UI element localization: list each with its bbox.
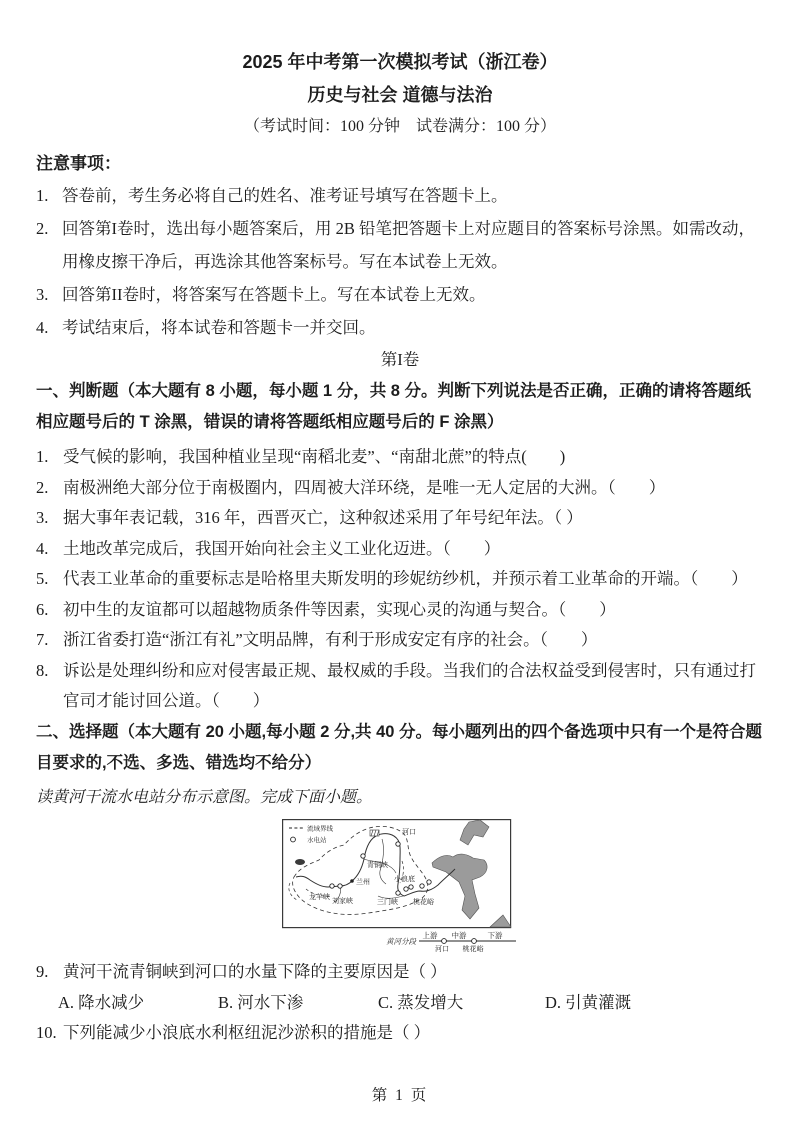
question-number: 9.	[36, 957, 63, 988]
option-c: C. 蒸发增大	[378, 987, 545, 1018]
exam-paper-page: 2025 年中考第一次模拟考试（浙江卷） 历史与社会 道德与法治 （考试时间：1…	[0, 0, 800, 1131]
question-text: 南极洲绝大部分位于南极圈内，四周被大洋环绕，是唯一无人定居的大洲。（ ）	[63, 473, 764, 504]
notice-item: 4. 考试结束后，将本试卷和答题卡一并交回。	[36, 311, 764, 344]
judgement-question-2: 2. 南极洲绝大部分位于南极圈内，四周被大洋环绕，是唯一无人定居的大洲。（ ）	[36, 473, 764, 504]
option-b: B. 河水下渗	[218, 987, 378, 1018]
segment-upper-label: 上游	[423, 930, 438, 940]
question-number: 7.	[36, 625, 63, 656]
option-a: A. 降水减少	[58, 987, 218, 1018]
item-number: 3.	[36, 278, 62, 311]
question-text: 据大事年表记载，316 年，西晋灭亡，这种叙述采用了年号纪年法。（ ）	[63, 503, 764, 534]
question-text: 土地改革完成后，我国开始向社会主义工业化迈进。（ ）	[63, 534, 764, 565]
choice-section-heading: 二、选择题（本大题有 20 小题,每小题 2 分,共 40 分。每小题列出的四个…	[36, 717, 764, 779]
passage-intro: 读黄河干流水电站分布示意图。完成下面小题。	[36, 783, 764, 813]
question-number: 1.	[36, 442, 63, 473]
judgement-question-3: 3. 据大事年表记载，316 年，西晋灭亡，这种叙述采用了年号纪年法。（ ）	[36, 503, 764, 534]
xiaolangdi-label: 小浪底	[394, 874, 415, 883]
item-number: 4.	[36, 311, 62, 344]
question-number: 6.	[36, 595, 63, 626]
qingtongxia-label: 青铜峡	[367, 860, 388, 869]
segment-title: 黄河分段	[386, 937, 417, 946]
option-d: D. 引黄灌溉	[545, 987, 715, 1018]
longyangxia-label: 龙羊峡	[309, 892, 330, 901]
judgement-section-heading: 一、判断题（本大题有 8 小题，每小题 1 分，共 8 分。判断下列说法是否正确…	[36, 376, 764, 438]
segment-taohuayu-label: 桃花峪	[463, 944, 485, 953]
segment-divider-hekou	[442, 938, 447, 943]
question-number: 10.	[36, 1018, 63, 1049]
segment-lower-label: 下游	[488, 930, 503, 940]
question-text: 代表工业革命的重要标志是哈格里夫斯发明的珍妮纺纱机，并预示着工业革命的开端。（ …	[63, 564, 764, 595]
segment-middle-label: 中游	[452, 930, 467, 940]
page-footer: 第 1 页	[0, 1083, 800, 1105]
lanzhou-label: 兰州	[356, 877, 370, 886]
question-text: 下列能减少小浪底水利枢纽泥沙淤积的措施是（ ）	[63, 1018, 764, 1049]
notice-item: 2. 回答第I卷时，选出每小题答案后，用 2B 铅笔把答题卡上对应题目的答案标号…	[36, 212, 764, 278]
question-9-options: A. 降水减少 B. 河水下渗 C. 蒸发增大 D. 引黄灌溉	[58, 987, 764, 1018]
segment-hekou-label: 河口	[435, 944, 449, 953]
part-one-label: 第I卷	[36, 346, 764, 374]
judgement-question-7: 7. 浙江省委打造“浙江有礼”文明品牌，有利于形成安定有序的社会。（ ）	[36, 625, 764, 656]
source-lake	[295, 859, 305, 865]
item-text: 考试结束后，将本试卷和答题卡一并交回。	[62, 311, 764, 344]
question-text: 黄河干流青铜峡到河口的水量下降的主要原因是（ ）	[63, 957, 764, 988]
judgement-question-5: 5. 代表工业革命的重要标志是哈格里夫斯发明的珍妮纺纱机，并预示着工业革命的开端…	[36, 564, 764, 595]
lanzhou-city-dot	[350, 879, 354, 883]
judgement-question-8: 8. 诉讼是处理纠纷和应对侵害最正规、最权威的手段。当我们的合法权益受到侵害时，…	[36, 656, 764, 717]
question-number: 3.	[36, 503, 63, 534]
sanmenxia-label: 三门峡	[377, 897, 398, 906]
judgement-question-6: 6. 初中生的友谊都可以超越物质条件等因素，实现心灵的沟通与契合。（ ）	[36, 595, 764, 626]
question-text: 诉讼是处理纠纷和应对侵害最正规、最权威的手段。当我们的合法权益受到侵害时，只有通…	[63, 656, 764, 717]
item-text: 回答第II卷时，将答案写在答题卡上。写在本试卷上无效。	[62, 278, 764, 311]
liujiaxia-label: 刘家峡	[332, 896, 353, 905]
question-text: 浙江省委打造“浙江有礼”文明品牌，有利于形成安定有序的社会。（ ）	[63, 625, 764, 656]
question-number: 8.	[36, 656, 63, 717]
dam-hatched-marker	[370, 830, 379, 836]
notice-item: 1. 答卷前，考生务必将自己的姓名、准考证号填写在答题卡上。	[36, 179, 764, 212]
question-text: 受气候的影响，我国种植业呈现“南稻北麦”、“南甜北蔗”的特点( )	[63, 442, 764, 473]
exam-subject: 历史与社会 道德与法治	[36, 83, 764, 107]
item-text: 答卷前，考生务必将自己的姓名、准考证号填写在答题卡上。	[62, 179, 764, 212]
legend-boundary-label: 流域界线	[307, 823, 334, 832]
river-map-figure: 流域界线 水电站 河口 青铜峡 兰州 龙羊峡 刘家峡 小浪底 三门峡	[282, 819, 518, 953]
question-number: 5.	[36, 564, 63, 595]
legend-station-label: 水电站	[307, 835, 327, 844]
exam-title: 2025 年中考第一次模拟考试（浙江卷）	[36, 50, 764, 74]
mcq-question-10: 10. 下列能减少小浪底水利枢纽泥沙淤积的措施是（ ）	[36, 1018, 764, 1049]
question-text: 初中生的友谊都可以超越物质条件等因素，实现心灵的沟通与契合。（ ）	[63, 595, 764, 626]
judgement-question-4: 4. 土地改革完成后，我国开始向社会主义工业化迈进。（ ）	[36, 534, 764, 565]
item-number: 2.	[36, 212, 62, 278]
item-number: 1.	[36, 179, 62, 212]
exam-info: （考试时间：100 分钟 试卷满分：100 分）	[36, 116, 764, 138]
legend-station-icon	[291, 837, 296, 842]
notice-heading: 注意事项：	[36, 149, 764, 179]
notice-item: 3. 回答第II卷时，将答案写在答题卡上。写在本试卷上无效。	[36, 278, 764, 311]
mcq-question-9: 9. 黄河干流青铜峡到河口的水量下降的主要原因是（ ）	[36, 957, 764, 988]
segment-divider-taohuayu	[472, 938, 477, 943]
item-text: 回答第I卷时，选出每小题答案后，用 2B 铅笔把答题卡上对应题目的答案标号涂黑。…	[62, 212, 764, 278]
question-number: 2.	[36, 473, 63, 504]
hekou-map-label: 河口	[402, 827, 416, 836]
judgement-question-1: 1. 受气候的影响，我国种植业呈现“南稻北麦”、“南甜北蔗”的特点( )	[36, 442, 764, 473]
question-number: 4.	[36, 534, 63, 565]
taohuayu-map-label: 桃花峪	[413, 897, 435, 906]
